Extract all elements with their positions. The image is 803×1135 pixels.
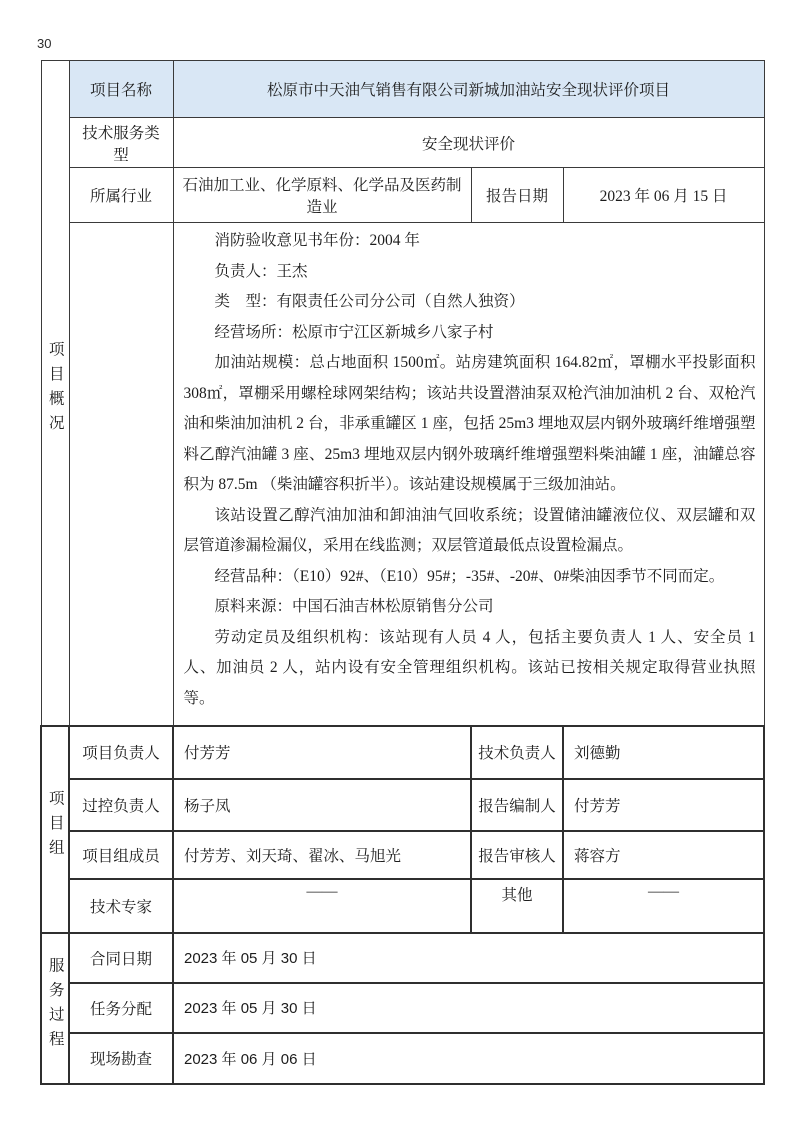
- side-label-overview: 项目概况: [47, 341, 63, 439]
- page-number: 30: [37, 36, 51, 51]
- overview-paragraph: 该站设置乙醇汽油加油和卸油油气回收系统；设置储油罐液位仪、双层罐和双层管道渗漏检…: [184, 501, 756, 562]
- row-contract-date: 服务过程 合同日期 2023 年 05 月 30 日: [41, 933, 764, 983]
- report-reviewer-label: 报告审核人: [471, 831, 563, 879]
- overview-spacer-cell: [69, 223, 173, 726]
- service-type-label: 技术服务类型: [69, 118, 173, 168]
- report-date-label: 报告日期: [471, 168, 563, 223]
- contract-date-label: 合同日期: [69, 933, 173, 983]
- overview-paragraph: 劳动定员及组织机构：该站现有人员 4 人，包括主要负责人 1 人、安全员 1 人…: [184, 623, 756, 715]
- site-survey-value: 2023 年 06 月 06 日: [173, 1033, 764, 1084]
- row-process-control: 过控负责人 杨子凤 报告编制人 付芳芳: [41, 779, 764, 831]
- overview-paragraph: 原料来源：中国石油吉林松原销售分公司: [184, 592, 756, 623]
- industry-value: 石油加工业、化学原料、化学品及医药制造业: [173, 168, 471, 223]
- task-assignment-value: 2023 年 05 月 30 日: [173, 983, 764, 1033]
- tech-leader-label: 技术负责人: [471, 726, 563, 779]
- experts-value: ——: [173, 879, 471, 933]
- side-label-team: 项目组: [47, 790, 63, 864]
- team-members-value: 付芳芳、刘天琦、翟冰、马旭光: [173, 831, 471, 879]
- task-assignment-label: 任务分配: [69, 983, 173, 1033]
- report-writer-value: 付芳芳: [563, 779, 764, 831]
- report-reviewer-value: 蒋容方: [563, 831, 764, 879]
- project-leader-value: 付芳芳: [173, 726, 471, 779]
- contract-date-value: 2023 年 05 月 30 日: [173, 933, 764, 983]
- side-label-service-cell: 服务过程: [41, 933, 69, 1084]
- site-survey-label: 现场勘查: [69, 1033, 173, 1084]
- row-site-survey: 现场勘查 2023 年 06 月 06 日: [41, 1033, 764, 1084]
- process-control-label: 过控负责人: [69, 779, 173, 831]
- report-date-value: 2023 年 06 月 15 日: [563, 168, 764, 223]
- industry-label: 所属行业: [69, 168, 173, 223]
- project-name-value: 松原市中天油气销售有限公司新城加油站安全现状评价项目: [173, 61, 764, 118]
- overview-paragraph: 经营场所：松原市宁江区新城乡八家子村: [184, 318, 756, 349]
- row-industry: 所属行业 石油加工业、化学原料、化学品及医药制造业 报告日期 2023 年 06…: [41, 168, 764, 223]
- process-control-value: 杨子凤: [173, 779, 471, 831]
- row-service-type: 技术服务类型 安全现状评价: [41, 118, 764, 168]
- side-label-team-cell: 项目组: [41, 726, 69, 933]
- project-info-table: 项目概况 项目名称 松原市中天油气销售有限公司新城加油站安全现状评价项目 技术服…: [40, 60, 765, 1085]
- row-experts: 技术专家 —— 其他 ——: [41, 879, 764, 933]
- service-type-value: 安全现状评价: [173, 118, 764, 168]
- overview-text-cell: 消防验收意见书年份：2004 年 负责人：王杰 类 型：有限责任公司分公司（自然…: [173, 223, 764, 726]
- row-overview: 消防验收意见书年份：2004 年 负责人：王杰 类 型：有限责任公司分公司（自然…: [41, 223, 764, 726]
- row-team-members: 项目组成员 付芳芳、刘天琦、翟冰、马旭光 报告审核人 蒋容方: [41, 831, 764, 879]
- overview-paragraph: 消防验收意见书年份：2004 年: [184, 226, 756, 257]
- overview-paragraph: 经营品种：（E10）92#、（E10）95#；-35#、-20#、0#柴油因季节…: [184, 562, 756, 593]
- other-label: 其他: [471, 879, 563, 933]
- team-members-label: 项目组成员: [69, 831, 173, 879]
- side-label-overview-cell: 项目概况: [41, 61, 69, 726]
- tech-leader-value: 刘德勤: [563, 726, 764, 779]
- row-task-assignment: 任务分配 2023 年 05 月 30 日: [41, 983, 764, 1033]
- report-writer-label: 报告编制人: [471, 779, 563, 831]
- project-name-label: 项目名称: [69, 61, 173, 118]
- side-label-service: 服务过程: [47, 957, 63, 1055]
- row-project-leader: 项目组 项目负责人 付芳芳 技术负责人 刘德勤: [41, 726, 764, 779]
- overview-paragraph: 负责人：王杰: [184, 257, 756, 288]
- overview-paragraph: 加油站规模：总占地面积 1500㎡。站房建筑面积 164.82㎡，罩棚水平投影面…: [184, 348, 756, 501]
- overview-paragraph: 类 型：有限责任公司分公司（自然人独资）: [184, 287, 756, 318]
- project-leader-label: 项目负责人: [69, 726, 173, 779]
- row-project-name: 项目概况 项目名称 松原市中天油气销售有限公司新城加油站安全现状评价项目: [41, 61, 764, 118]
- experts-label: 技术专家: [69, 879, 173, 933]
- other-value: ——: [563, 879, 764, 933]
